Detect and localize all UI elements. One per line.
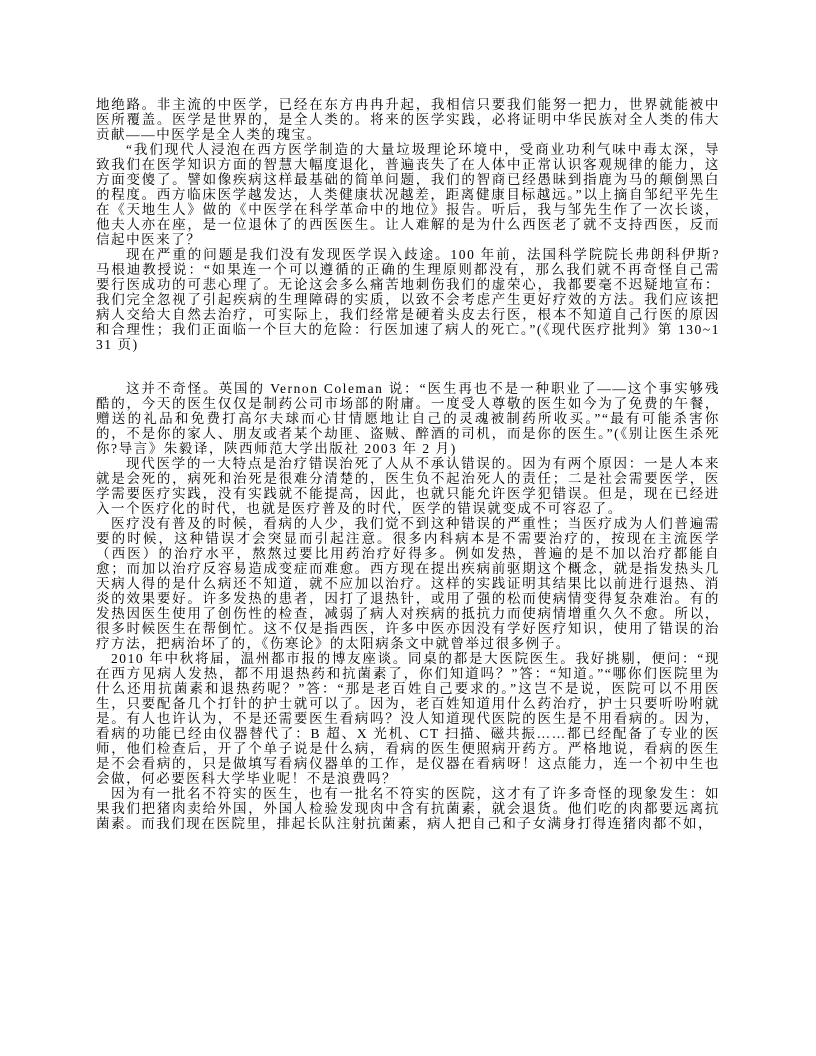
paragraph: “我们现代人浸泡在西方医学制造的大量垃圾理论环境中，受商业功利气味中毒太深，导致… <box>96 142 720 247</box>
paragraph: 因为有一批名不符实的医生，也有一批名不符实的医院，这才有了许多奇怪的现象发生：如… <box>96 786 720 831</box>
paragraph: 地绝路。非主流的中医学，已经在东方冉冉升起，我相信只要我们能努一把力，世界就能被… <box>96 97 720 142</box>
paragraph: 现在严重的问题是我们没有发现医学误入歧途。100 年前，法国科学院院长弗朗科伊斯… <box>96 247 720 352</box>
paragraph-break <box>96 352 720 381</box>
document-page: 地绝路。非主流的中医学，已经在东方冉冉升起，我相信只要我们能努一把力，世界就能被… <box>0 0 816 1056</box>
paragraph: 这并不奇怪。英国的 Vernon Coleman 说：“医生再也不是一种职业了—… <box>96 381 720 456</box>
paragraph: 现代医学的一大特点是治疗错误治死了人从不承认错误的。因为有两个原因：一是人本来就… <box>96 456 720 516</box>
paragraph: 2010 年中秋将届，温州都市报的博友座谈。同桌的都是大医院医生。我好挑剔，便问… <box>96 651 720 786</box>
paragraph: 医疗没有普及的时候，看病的人少，我们觉不到这种错误的严重性；当医疗成为人们普遍需… <box>96 516 720 651</box>
